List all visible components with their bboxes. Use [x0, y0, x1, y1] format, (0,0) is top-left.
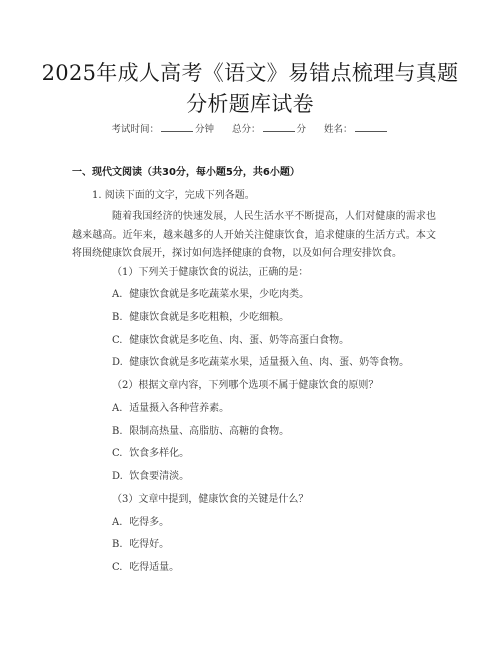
page-title-line-2: 分析题库试卷 — [0, 89, 500, 119]
question-prompt: 1. 阅读下面的文字，完成下列各题。 — [92, 186, 255, 201]
sub-question-2-option-a: A. 适量摄入各种营养素。 — [112, 399, 229, 414]
time-unit: 分钟 — [195, 124, 214, 135]
exam-meta: 考试时间：分钟总分：分姓名： — [0, 121, 500, 135]
score-label: 总分： — [232, 124, 261, 135]
sub-question-3-option-b: B. 吃得好。 — [112, 535, 169, 550]
score-blank — [263, 123, 295, 132]
sub-question-3-option-a: A. 吃得多。 — [112, 513, 169, 528]
sub-question-3-stem: （3）文章中提到，健康饮食的关键是什么？ — [112, 490, 308, 505]
sub-question-2-option-b: B. 限制高热量、高脂肪、高糖的食物。 — [112, 422, 289, 437]
name-blank — [355, 123, 387, 132]
reading-passage: 随着我国经济的快速发展，人民生活水平不断提高，人们对健康的需求也越来越高。近年来… — [72, 208, 436, 264]
sub-question-2-option-c: C. 饮食多样化。 — [112, 444, 189, 459]
sub-question-1-stem: （1）下列关于健康饮食的说法，正确的是： — [112, 263, 308, 278]
sub-question-1-option-d: D. 健康饮食就是多吃蔬菜水果，适量摄入鱼、肉、蛋、奶等食物。 — [112, 353, 409, 368]
time-label: 考试时间： — [111, 124, 159, 135]
sub-question-1-option-c: C. 健康饮食就是多吃鱼、肉、蛋、奶等高蛋白食物。 — [112, 331, 349, 346]
name-label: 姓名： — [324, 124, 353, 135]
score-unit: 分 — [297, 124, 307, 135]
exam-page: 2025年成人高考《语文》易错点梳理与真题 分析题库试卷 考试时间：分钟总分：分… — [0, 0, 500, 647]
time-blank — [161, 123, 193, 132]
sub-question-1-option-b: B. 健康饮食就是多吃粗粮，少吃细粮。 — [112, 308, 289, 323]
sub-question-1-option-a: A. 健康饮食就是多吃蔬菜水果，少吃肉类。 — [112, 285, 309, 300]
section-heading: 一、现代文阅读（共30分，每小题5分，共6小题） — [72, 163, 300, 178]
page-title-line-1: 2025年成人高考《语文》易错点梳理与真题 — [0, 58, 500, 88]
sub-question-2-option-d: D. 饮食要清淡。 — [112, 467, 189, 482]
sub-question-3-option-c: C. 吃得适量。 — [112, 558, 179, 573]
sub-question-2-stem: （2）根据文章内容，下列哪个选项不属于健康饮食的原则？ — [112, 376, 378, 391]
